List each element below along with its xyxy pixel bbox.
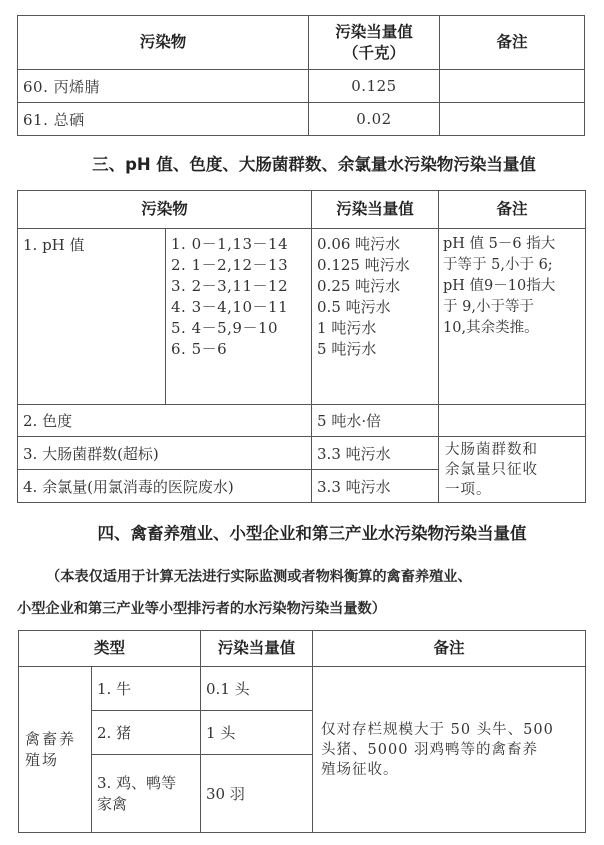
- header-value: 污染当量值: [201, 631, 313, 667]
- value-cell: 30 羽: [201, 755, 313, 833]
- ph-values-cell: 0.06 吨污水 0.125 吨污水 0.25 吨污水 0.5 吨污水 1 吨污…: [312, 229, 439, 405]
- ph-color-table: 污染物 污染当量值 备注 1. pH 值 1. 0－1,13－14 2. 1－2…: [17, 190, 586, 503]
- remark-line: 大肠菌群数和: [445, 440, 579, 460]
- ph-range: 4. 3－4,10－11: [171, 297, 311, 318]
- category-line: 禽畜养: [25, 729, 91, 750]
- header-pollutant: 污染物: [18, 191, 312, 229]
- table-row-ph: 1. pH 值 1. 0－1,13－14 2. 1－2,12－13 3. 2－3…: [18, 229, 586, 405]
- remark-line: 余氯量只征收: [445, 460, 579, 480]
- ph-value: 0.5 吨污水: [317, 297, 438, 318]
- ph-range: 1. 0－1,13－14: [171, 234, 311, 255]
- ph-range: 2. 1－2,12－13: [171, 255, 311, 276]
- header-remark: 备注: [313, 631, 586, 667]
- pollutant-cell: 4. 余氯量(用氯消毒的医院废水): [18, 470, 312, 503]
- livestock-table: 类型 污染当量值 备注 禽畜养 殖场 1. 牛 0.1 头 仅对存栏规模大于 5…: [18, 630, 586, 833]
- table-row: 60. 丙烯腈 0.125: [18, 70, 585, 103]
- table-row: 3. 大肠菌群数(超标) 3.3 吨污水 大肠菌群数和 余氯量只征收 一项。: [18, 437, 586, 470]
- type-line: 3. 鸡、鸭等: [97, 773, 200, 794]
- ph-range: 5. 4－5,9－10: [171, 318, 311, 339]
- remark-line: 仅对存栏规模大于 50 头牛、500: [321, 720, 579, 740]
- ph-range: 6. 5－6: [171, 339, 311, 360]
- remark-line: 10,其余类推。: [443, 318, 585, 339]
- pollutant-table-continued: 污染物 污染当量值 （千克） 备注 60. 丙烯腈 0.125 61. 总硒 0…: [17, 15, 585, 136]
- section-4-note-line-2: 小型企业和第三产业等小型排污者的水污染物污染当量数）: [17, 598, 386, 618]
- ph-label-cell: 1. pH 值: [18, 229, 166, 405]
- remark-cell: [440, 103, 585, 136]
- ph-ranges-cell: 1. 0－1,13－14 2. 1－2,12－13 3. 2－3,11－12 4…: [166, 229, 312, 405]
- remark-line: 殖场征收。: [321, 760, 579, 780]
- table-row: 61. 总硒 0.02: [18, 103, 585, 136]
- pollutant-cell: 2. 色度: [18, 405, 312, 437]
- type-cell: 1. 牛: [92, 667, 201, 711]
- header-pollutant: 污染物: [18, 16, 309, 70]
- table-row: 禽畜养 殖场 1. 牛 0.1 头 仅对存栏规模大于 50 头牛、500 头猪、…: [19, 667, 586, 711]
- remark-line: pH 值 5－6 指大: [443, 234, 585, 255]
- remark-cell: 仅对存栏规模大于 50 头牛、500 头猪、5000 羽鸡鸭等的禽畜养 殖场征收…: [313, 667, 586, 833]
- table-row: 2. 色度 5 吨水·倍: [18, 405, 586, 437]
- ph-value: 5 吨污水: [317, 339, 438, 360]
- header-value-label: 污染当量值: [309, 22, 439, 43]
- value-cell: 0.1 头: [201, 667, 313, 711]
- value-cell: 0.125: [309, 70, 440, 103]
- shared-remark-cell: 大肠菌群数和 余氯量只征收 一项。: [439, 437, 586, 503]
- header-value-unit: （千克）: [309, 43, 439, 64]
- type-cell: 2. 猪: [92, 711, 201, 755]
- pollutant-cell: 60. 丙烯腈: [18, 70, 309, 103]
- remark-line: 于 9,小于等于: [443, 297, 585, 318]
- value-cell: 3.3 吨污水: [312, 437, 439, 470]
- ph-remark-cell: pH 值 5－6 指大 于等于 5,小于 6; pH 值9－10指大 于 9,小…: [439, 229, 586, 405]
- header-value: 污染当量值 （千克）: [309, 16, 440, 70]
- remark-cell: [440, 70, 585, 103]
- value-cell: 3.3 吨污水: [312, 470, 439, 503]
- value-cell: 0.02: [309, 103, 440, 136]
- ph-value: 0.06 吨污水: [317, 234, 438, 255]
- remark-line: 一项。: [445, 480, 579, 500]
- category-line: 殖场: [25, 750, 91, 771]
- header-type: 类型: [19, 631, 201, 667]
- section-4-title: 四、禽畜养殖业、小型企业和第三产业水污染物污染当量值: [0, 520, 604, 544]
- section-4-note-line-1: （本表仅适用于计算无法进行实际监测或者物料衡算的禽畜养殖业、: [46, 566, 472, 586]
- value-cell: 5 吨水·倍: [312, 405, 439, 437]
- value-cell: 1 头: [201, 711, 313, 755]
- header-remark: 备注: [440, 16, 585, 70]
- remark-line: pH 值9－10指大: [443, 276, 585, 297]
- remark-line: 于等于 5,小于 6;: [443, 255, 585, 276]
- remark-line: 头猪、5000 羽鸡鸭等的禽畜养: [321, 740, 579, 760]
- header-value: 污染当量值: [312, 191, 439, 229]
- ph-value: 0.25 吨污水: [317, 276, 438, 297]
- remark-cell: [439, 405, 586, 437]
- type-cell: 3. 鸡、鸭等 家禽: [92, 755, 201, 833]
- ph-value: 1 吨污水: [317, 318, 438, 339]
- type-line: 家禽: [97, 794, 200, 815]
- section-3-title: 三、pH 值、色度、大肠菌群数、余氯量水污染物污染当量值: [0, 151, 604, 175]
- header-remark: 备注: [439, 191, 586, 229]
- ph-value: 0.125 吨污水: [317, 255, 438, 276]
- pollutant-cell: 3. 大肠菌群数(超标): [18, 437, 312, 470]
- category-cell: 禽畜养 殖场: [19, 667, 92, 833]
- ph-range: 3. 2－3,11－12: [171, 276, 311, 297]
- pollutant-cell: 61. 总硒: [18, 103, 309, 136]
